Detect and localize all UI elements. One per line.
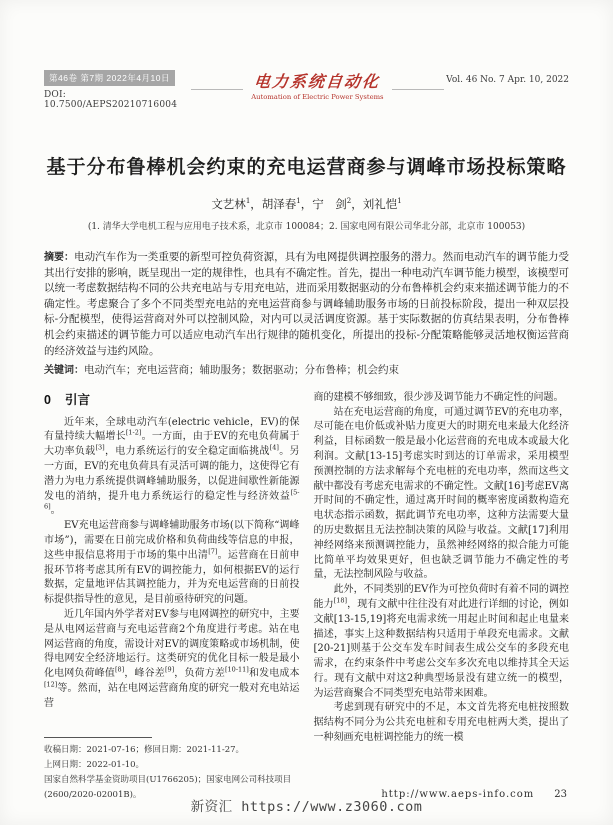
paragraph: EV充电运营商参与调峰辅助服务市场(以下简称“调峰市场”)，需要在日前完成价格和… [44,519,300,608]
page-header: 第46卷 第7期 2022年4月10日 DOI: 10.7500/AEPS202… [44,66,569,106]
journal-page: 第46卷 第7期 2022年4月10日 DOI: 10.7500/AEPS202… [0,0,613,825]
keywords-text: 电动汽车；充电运营商；辅助服务；数据驱动；分布鲁棒；机会约束 [84,364,399,376]
paragraph: 考虑到现有研究中的不足，本文首先将充电桩按照数据结构不同分为公共充电桩和专用充电… [314,701,570,745]
footnote-online-date: 上网日期：2022-01-10。 [44,758,300,773]
paragraph: 商的建模不够细致，很少涉及调节能力不确定性的问题。 [314,391,570,406]
section-number: 0 [44,393,51,407]
journal-logo: 电力系统自动化 Automation of Electric Power Sys… [243,69,391,101]
affiliation: (1. 清华大学电机工程与应用电子技术系，北京市 100084；2. 国家电网有… [44,219,569,232]
footnote-received-date: 收稿日期：2021-07-16；修回日期：2021-11-27。 [44,743,300,758]
journal-title-cn: 电力系统自动化 [250,69,385,92]
right-column: 商的建模不够细致，很少涉及调节能力不确定性的问题。 站在充电运营商的角度，可通过… [314,391,570,803]
body-columns: 0引言 近年来，全球电动汽车(electric vehicle，EV)的保有量持… [44,391,569,803]
keywords-label: 关键词： [44,365,84,376]
abstract-label: 摘要： [44,252,74,263]
paragraph: 此外，不同类别的EV作为可控负荷时有着不同的调控能力[18]，现有文献中往往没有… [314,583,570,701]
paragraph: 近年来，全球电动汽车(electric vehicle，EV)的保有量持续大幅增… [44,416,300,520]
section-heading: 0引言 [44,393,300,408]
issue-badge: 第46卷 第7期 2022年4月10日 [44,70,175,86]
header-divider-left [191,89,243,90]
abstract: 摘要：电动汽车作为一类重要的新型可控负荷资源，具有为电网提供调控服务的潜力。然而… [44,250,569,359]
keywords: 关键词：电动汽车；充电运营商；辅助服务；数据驱动；分布鲁棒；机会约束 [44,363,569,379]
watermark: 新资汇 https://www.z3060.com [0,795,613,815]
footnote: 收稿日期：2021-07-16；修回日期：2021-11-27。 上网日期：20… [44,733,300,803]
footnote-rule [44,737,152,738]
author-list: 文艺林1，胡泽春1，宁 剑2，刘礼恺1 [44,196,569,212]
doi-text: DOI: 10.7500/AEPS20210716004 [44,90,191,110]
section-title: 引言 [65,393,90,407]
volume-info-en: Vol. 46 No. 7 Apr. 10, 2022 [444,66,569,85]
article-title: 基于分布鲁棒机会约束的充电运营商参与调峰市场投标策略 [44,152,569,179]
header-center: 电力系统自动化 Automation of Electric Power Sys… [191,66,443,101]
left-column: 0引言 近年来，全球电动汽车(electric vehicle，EV)的保有量持… [44,391,300,803]
abstract-text: 电动汽车作为一类重要的新型可控负荷资源，具有为电网提供调控服务的潜力。然而电动汽… [44,251,569,357]
paragraph: 近几年国内外学者对EV参与电网调控的研究中，主要是从电网运营商与充电运营商2个角… [44,608,300,712]
header-divider-right [392,89,444,90]
journal-title-en: Automation of Electric Power Systems [251,93,383,101]
header-left: 第46卷 第7期 2022年4月10日 DOI: 10.7500/AEPS202… [44,66,191,110]
paragraph: 站在充电运营商的角度，可通过调节EV的充电功率，尽可能在电价低或补贴力度更大的时… [314,406,570,584]
